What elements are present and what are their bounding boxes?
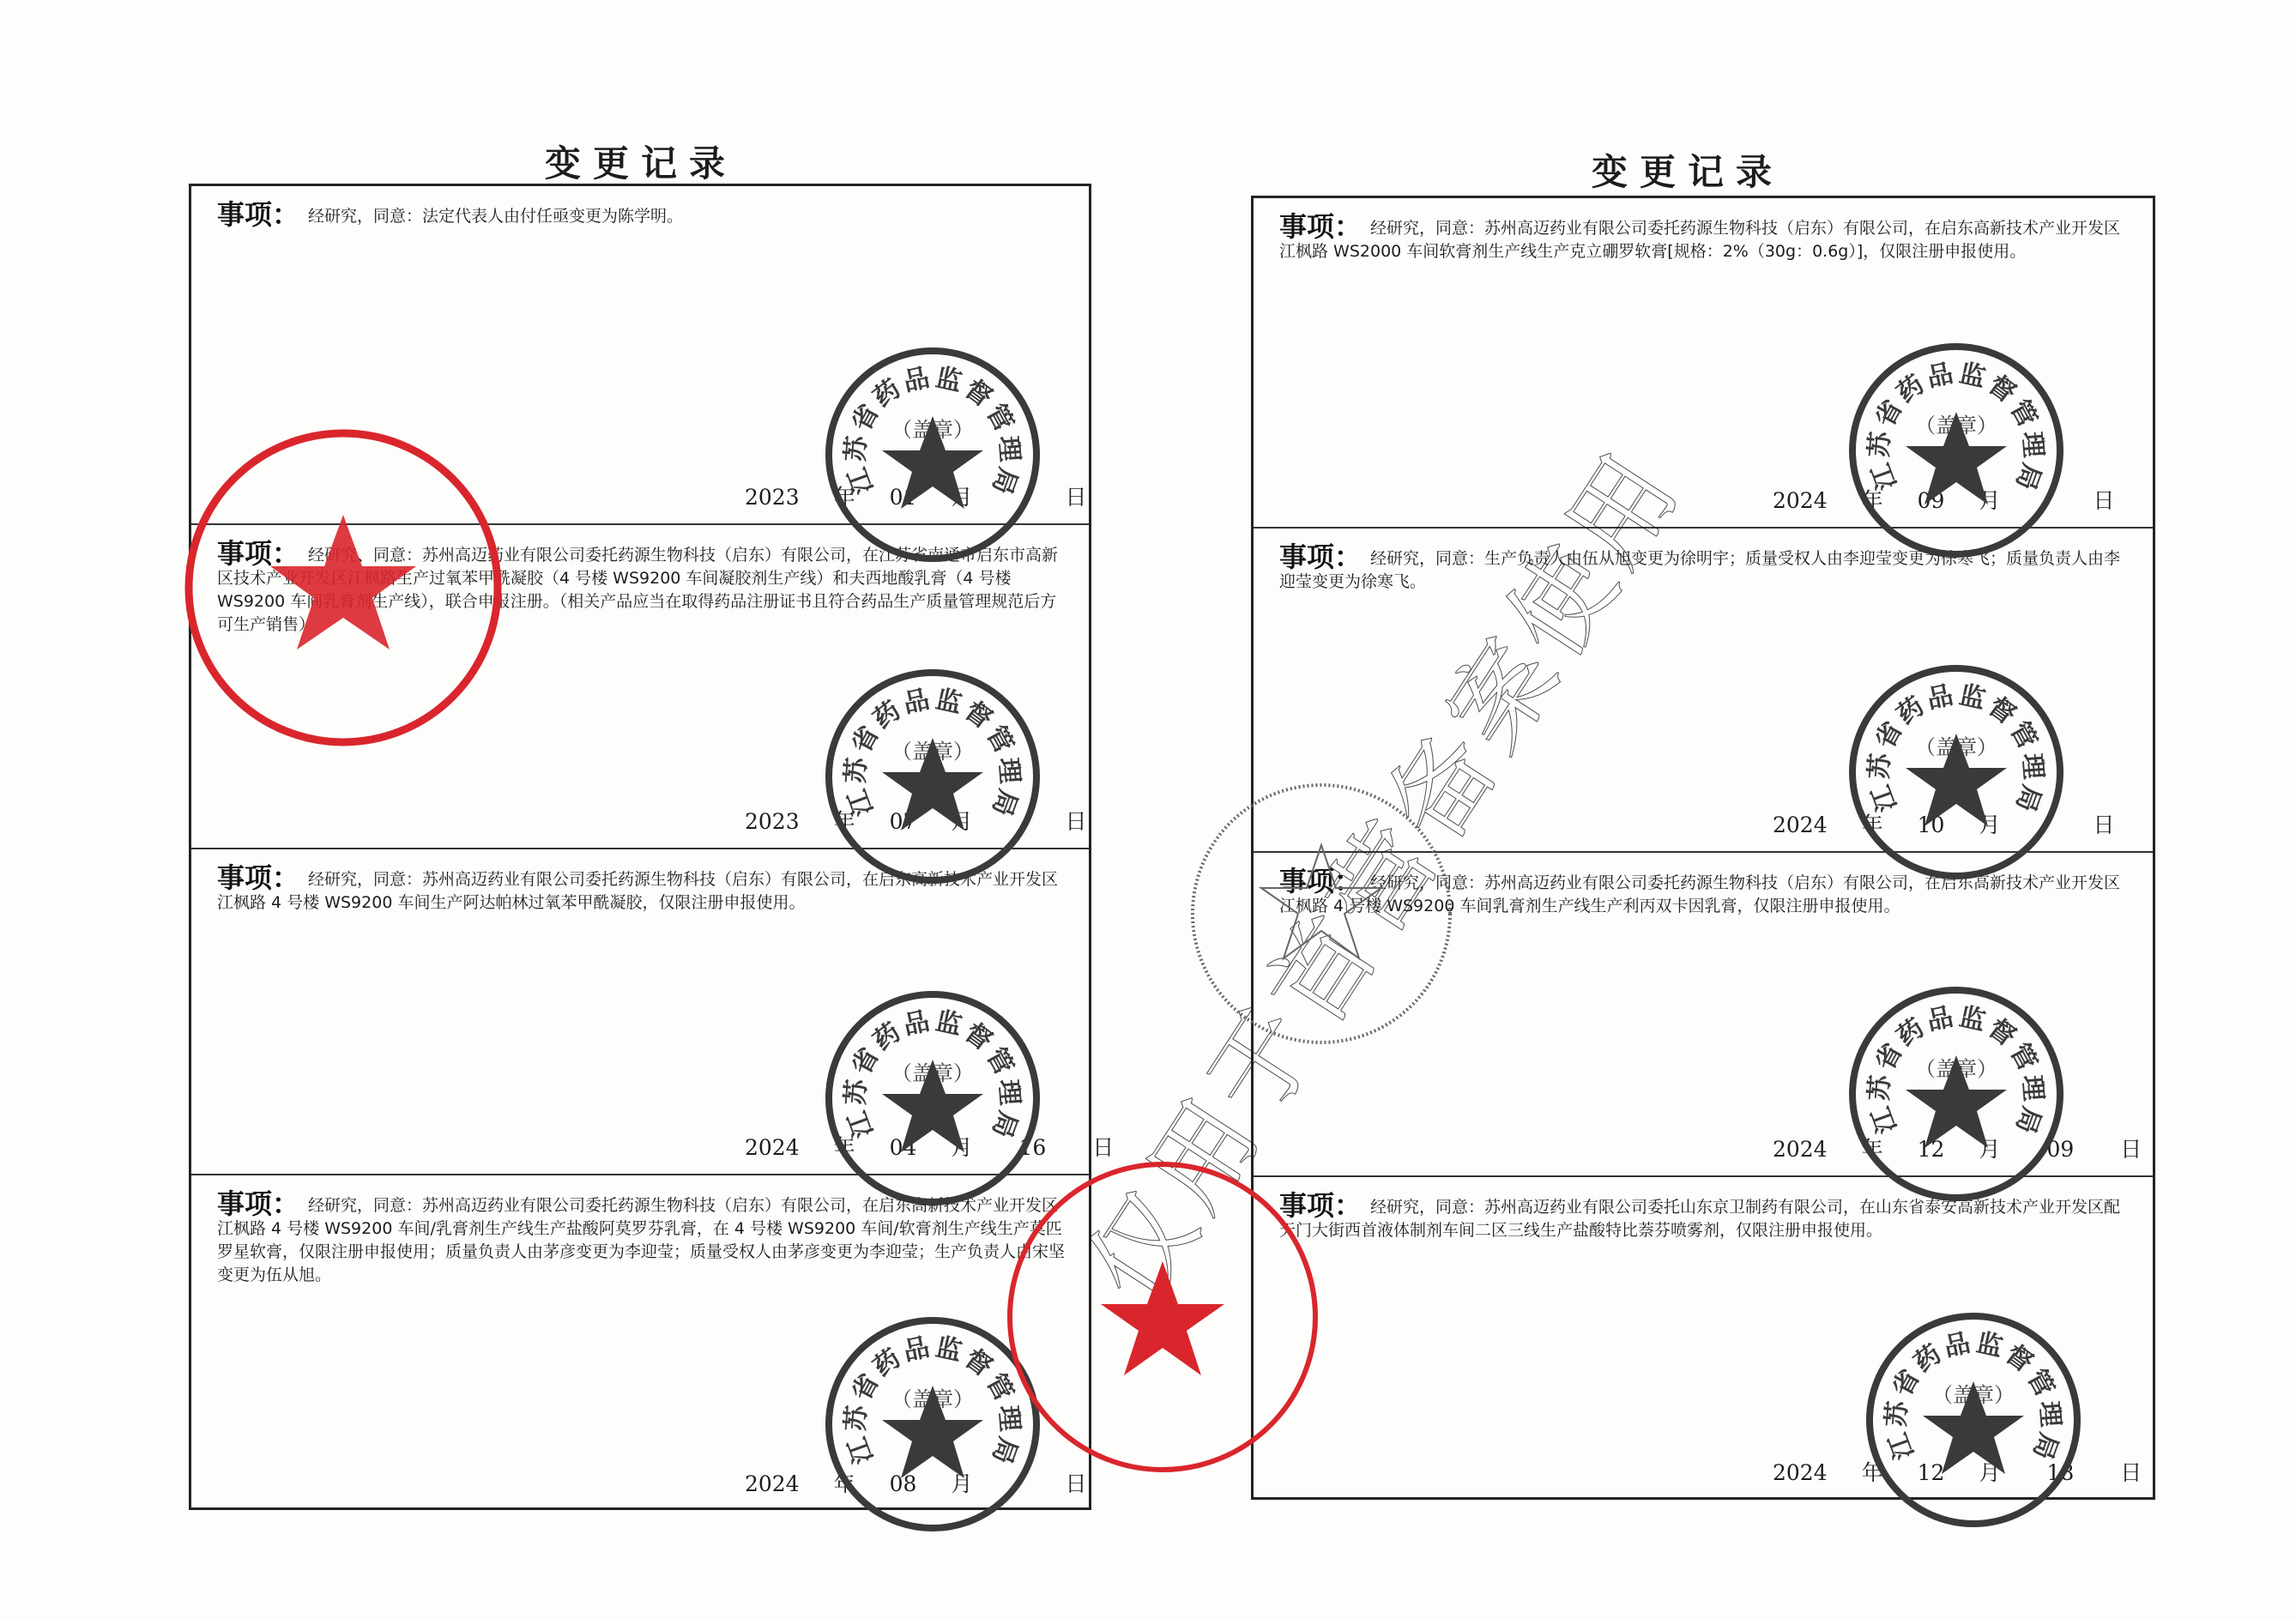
record-text: 经研究，同意：苏州高迈药业有限公司委托药源生物科技（启东）有限公司，在启东高新技…	[1279, 873, 2120, 915]
record-item: 事项：经研究，同意：生产负责人由伍从旭变更为徐明宇；质量受权人由李迎莹变更为徐寒…	[1254, 529, 2153, 853]
record-date: 2024年12月09日	[1773, 1133, 2142, 1163]
right-record-table: 事项：经研究，同意：苏州高迈药业有限公司委托药源生物科技（启东）有限公司，在启东…	[1251, 196, 2155, 1500]
record-date: 2024年09月日	[1773, 484, 2114, 515]
item-label: 事项：	[1279, 210, 1362, 243]
record-item: 事项：经研究，同意：苏州高迈药业有限公司委托药源生物科技（启东）有限公司，在启东…	[1254, 198, 2153, 529]
left-record-table: 事项：经研究，同意：法定代表人由付任亟变更为陈学明。 2023年01月日 事项：…	[189, 184, 1091, 1510]
record-date: 2024年10月日	[1773, 808, 2114, 839]
record-item: 事项：经研究，同意：苏州高迈药业有限公司委托药源生物科技（启东）有限公司，在启东…	[191, 849, 1089, 1175]
record-item: 事项：经研究，同意：苏州高迈药业有限公司委托山东京卫制药有限公司，在山东省泰安高…	[1254, 1177, 2153, 1499]
record-text: 经研究，同意：生产负责人由伍从旭变更为徐明宇；质量受权人由李迎莹变更为徐寒飞；质…	[1279, 549, 2120, 591]
record-text: 经研究，同意：苏州高迈药业有限公司委托药源生物科技（启东）有限公司，在启东高新技…	[217, 870, 1058, 912]
record-text: 经研究、同意：苏州高迈药业有限公司委托药源生物科技（启东）有限公司，在江苏省南通…	[217, 546, 1058, 634]
item-label: 事项：	[1279, 541, 1362, 573]
record-date: 2024年08月日	[745, 1467, 1086, 1498]
record-text: 经研究，同意：苏州高迈药业有限公司委托药源生物科技（启东）有限公司，在启东高新技…	[217, 1196, 1065, 1284]
record-text: 经研究，同意：法定代表人由付任亟变更为陈学明。	[308, 207, 683, 226]
record-item: 事项：经研究，同意：法定代表人由付任亟变更为陈学明。 2023年01月日	[191, 186, 1089, 525]
record-item: 事项：经研究，同意：苏州高迈药业有限公司委托药源生物科技（启东）有限公司，在启东…	[1254, 853, 2153, 1177]
record-date: 2023年01月日	[745, 480, 1086, 511]
record-date: 2023年07月日	[745, 805, 1086, 836]
item-label: 事项：	[217, 198, 299, 231]
record-text: 经研究，同意：苏州高迈药业有限公司委托药源生物科技（启东）有限公司，在启东高新技…	[1279, 219, 2120, 261]
item-label: 事项：	[217, 1187, 299, 1220]
item-label: 事项：	[1279, 1189, 1362, 1222]
record-item: 事项：经研究，同意：苏州高迈药业有限公司委托药源生物科技（启东）有限公司，在启东…	[191, 1175, 1089, 1510]
record-date: 2024年12月18日	[1773, 1456, 2142, 1487]
left-page-title: 变更记录	[545, 136, 737, 187]
item-label: 事项：	[217, 537, 299, 570]
item-label: 事项：	[217, 861, 299, 894]
right-page-title: 变更记录	[1592, 144, 1784, 196]
item-label: 事项：	[1279, 865, 1362, 897]
record-date: 2024年04月16日	[745, 1131, 1114, 1162]
record-text: 经研究，同意：苏州高迈药业有限公司委托山东京卫制药有限公司，在山东省泰安高新技术…	[1279, 1198, 2120, 1240]
record-item: 事项：经研究、同意：苏州高迈药业有限公司委托药源生物科技（启东）有限公司，在江苏…	[191, 525, 1089, 849]
